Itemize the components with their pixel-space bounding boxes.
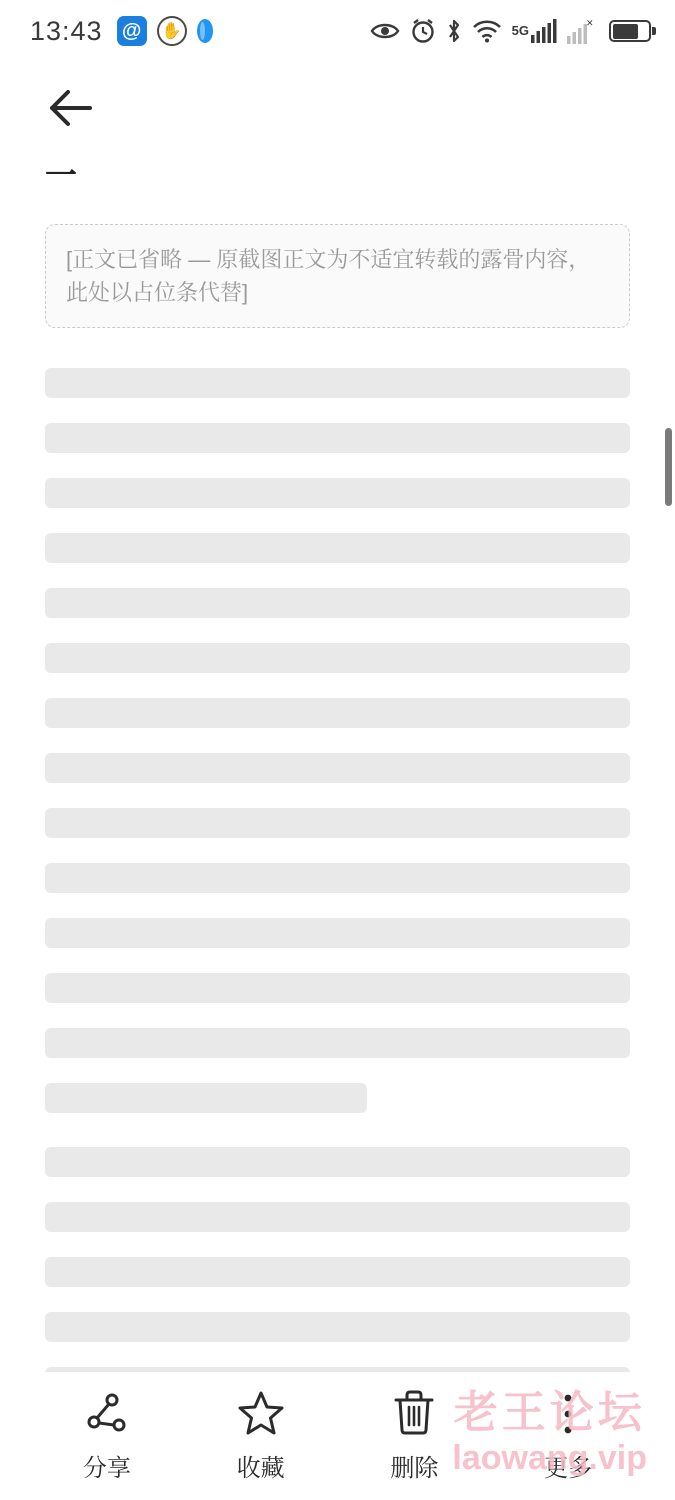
redacted-text-line: [45, 808, 630, 838]
do-not-disturb-hand-icon: ✋: [157, 16, 187, 46]
share-label: 分享: [83, 1448, 131, 1483]
wifi-icon: [472, 19, 502, 43]
status-bar: 13:43 @ ✋ 5G ✕: [0, 0, 675, 62]
reader-content: 一 [正文已省略 — 原截图正文为不适宜转载的露骨内容，此处以占位条代替]: [45, 150, 630, 1370]
more-label: 更多: [544, 1448, 592, 1483]
more-icon: [563, 1390, 573, 1436]
redacted-text-line: [45, 1312, 630, 1342]
redacted-text-line: [45, 863, 630, 893]
redacted-text-line: [45, 368, 630, 398]
redacted-text-line: [45, 1147, 630, 1177]
battery-icon: [609, 20, 651, 42]
redacted-text-line: [45, 698, 630, 728]
notification-oval-icon: [197, 19, 213, 43]
redacted-text-line: [45, 1083, 367, 1113]
redacted-text-line: [45, 478, 630, 508]
signal-5g-icon: 5G: [512, 19, 557, 43]
delete-label: 删除: [390, 1448, 438, 1483]
phone-screen: 13:43 @ ✋ 5G ✕: [0, 0, 675, 1500]
redacted-text-line: [45, 533, 630, 563]
star-icon: [237, 1390, 285, 1436]
redacted-text-line: [45, 423, 630, 453]
redacted-text-line: [45, 753, 630, 783]
svg-text:✕: ✕: [586, 18, 594, 28]
chapter-heading: 一: [45, 150, 630, 196]
status-right: 5G ✕: [370, 18, 651, 44]
delete-button[interactable]: 删除: [354, 1390, 474, 1483]
scrollbar-thumb[interactable]: [665, 428, 672, 506]
redacted-paragraph-1: [45, 368, 630, 1113]
status-left: 13:43 @ ✋: [30, 16, 213, 47]
eye-protection-icon: [370, 20, 400, 42]
redaction-note: [正文已省略 — 原截图正文为不适宜转载的露骨内容，此处以占位条代替]: [45, 224, 630, 328]
favorite-button[interactable]: 收藏: [201, 1390, 321, 1483]
back-button[interactable]: [42, 80, 98, 136]
share-button[interactable]: 分享: [47, 1390, 167, 1483]
redacted-text-line: [45, 1202, 630, 1232]
redacted-text-line: [45, 1028, 630, 1058]
nav-bar: [0, 68, 675, 148]
bluetooth-icon: [446, 18, 462, 44]
bottom-toolbar: 分享 收藏 删除 更多: [0, 1372, 675, 1500]
redacted-text-line: [45, 1257, 630, 1287]
share-icon: [85, 1390, 129, 1436]
signal-no-sim-icon: ✕: [567, 18, 597, 44]
redacted-text-line: [45, 918, 630, 948]
trash-icon: [394, 1390, 434, 1436]
clock-time: 13:43: [30, 16, 103, 47]
alarm-icon: [410, 18, 436, 44]
notification-app-icon: @: [117, 16, 147, 46]
redacted-text-line: [45, 588, 630, 618]
more-button[interactable]: 更多: [508, 1390, 628, 1483]
redacted-text-line: [45, 643, 630, 673]
redacted-text-line: [45, 973, 630, 1003]
favorite-label: 收藏: [237, 1448, 285, 1483]
